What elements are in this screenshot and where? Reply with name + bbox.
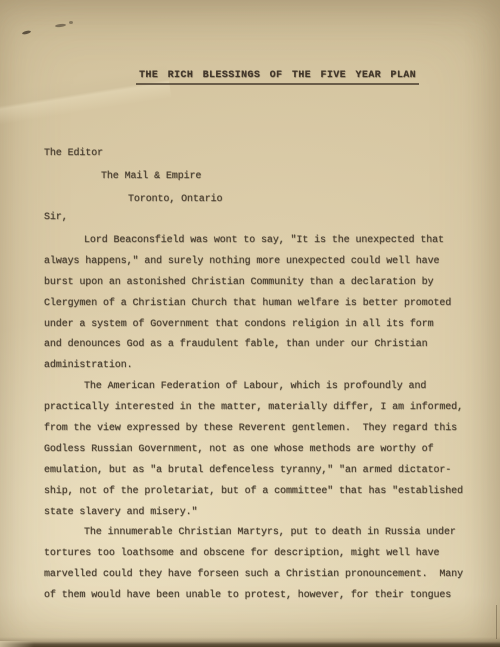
body-line: emulation, but as "a brutal defenceless … bbox=[44, 461, 484, 482]
document-title: THE RICH BLESSINGS OF THE FIVE YEAR PLAN bbox=[136, 70, 419, 85]
body-line: burst upon an astonished Christian Commu… bbox=[44, 273, 484, 294]
salutation: Sir, bbox=[44, 212, 68, 223]
body-line: under a system of Government that condon… bbox=[44, 315, 484, 336]
body-line: and denounces God as a fraudulent fable,… bbox=[44, 335, 484, 356]
body-line: The American Federation of Labour, which… bbox=[44, 377, 484, 398]
body-line: Clergymen of a Christian Church that hum… bbox=[44, 294, 484, 315]
body-line: state slavery and misery." bbox=[44, 503, 484, 524]
paper-edge-mark bbox=[496, 605, 497, 639]
body-line: of them would have been unable to protes… bbox=[44, 586, 484, 607]
body-line: ship, not of the proletariat, but of a c… bbox=[44, 482, 484, 503]
recipient-line-publication: The Mail & Empire bbox=[101, 171, 201, 182]
body-line: The innumerable Christian Martyrs, put t… bbox=[44, 523, 484, 544]
body-line: administration. bbox=[44, 356, 484, 377]
body-line: from the view expressed by these Reveren… bbox=[44, 419, 484, 440]
body-line: Godless Russian Government, not as one w… bbox=[44, 440, 484, 461]
scanned-letter-page: THE RICH BLESSINGS OF THE FIVE YEAR PLAN… bbox=[0, 0, 500, 647]
body-line: marvelled could they have forseen such a… bbox=[44, 565, 484, 586]
letter-body: Lord Beaconsfield was wont to say, "It i… bbox=[44, 231, 484, 607]
paper-speck bbox=[69, 21, 73, 24]
body-line: Lord Beaconsfield was wont to say, "It i… bbox=[44, 231, 484, 252]
body-line: tortures too loathsome and obscene for d… bbox=[44, 544, 484, 565]
body-line: always happens," and surely nothing more… bbox=[44, 252, 484, 273]
recipient-line-editor: The Editor bbox=[44, 148, 103, 159]
body-line: practically interested in the matter, ma… bbox=[44, 398, 484, 419]
paper-speck bbox=[22, 30, 31, 35]
paper-speck bbox=[55, 23, 66, 27]
recipient-line-city: Toronto, Ontario bbox=[128, 194, 222, 205]
page-bottom-shadow bbox=[0, 637, 500, 647]
